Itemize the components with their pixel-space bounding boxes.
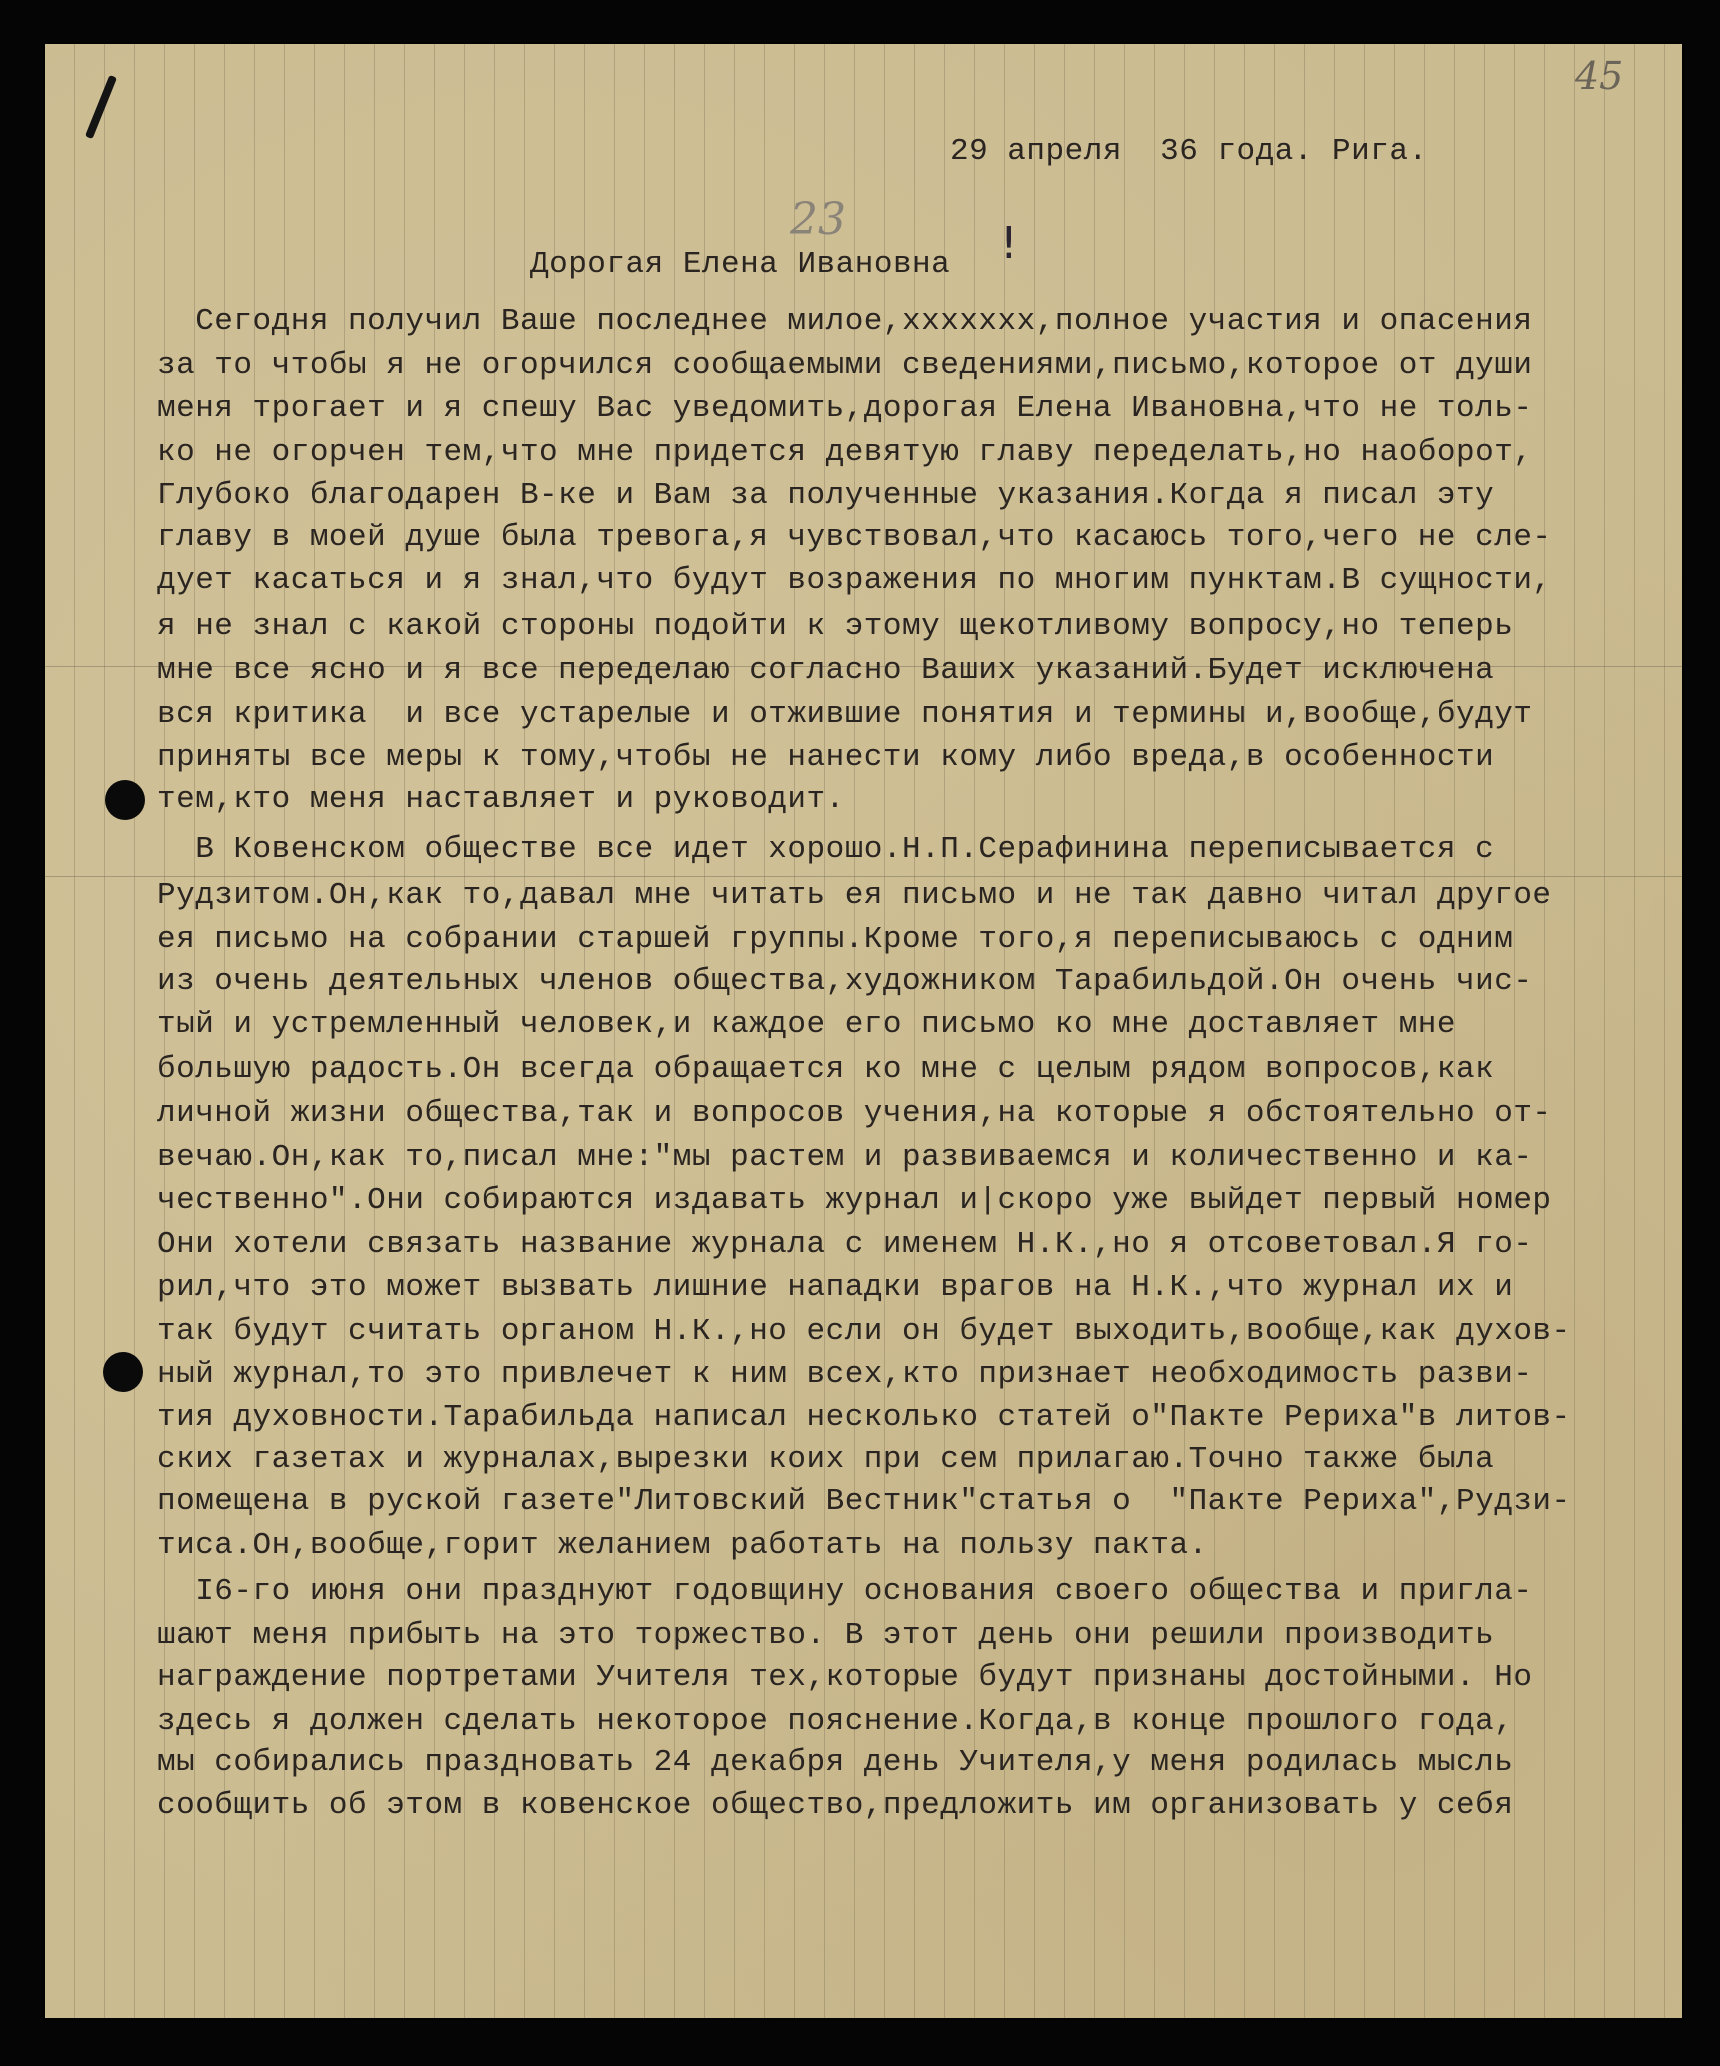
letter-line: рил,что это может вызвать лишние нападки… <box>157 1272 1513 1303</box>
letter-line: ских газетах и журналах,вырезки коих при… <box>157 1444 1494 1475</box>
letter-line: мне все ясно и я все переделаю согласно … <box>157 655 1494 686</box>
letter-line: Глубоко благодарен В-ке и Вам за получен… <box>157 480 1494 511</box>
archive-page-number: 45 <box>1575 54 1623 98</box>
letter-line: вечаю.Он,как то,писал мне:"мы растем и р… <box>157 1142 1532 1173</box>
letter-line: дует касаться и я знал,что будут возраже… <box>157 565 1552 596</box>
letter-line: шают меня прибыть на это торжество. В эт… <box>157 1620 1494 1651</box>
salutation: Дорогая Елена Ивановна <box>530 249 950 280</box>
letter-line: из очень деятельных членов общества,худо… <box>157 966 1532 997</box>
letter-line: Рудзитом.Он,как то,давал мне читать ея п… <box>157 880 1552 911</box>
letter-line: мы собирались праздновать 24 декабря ден… <box>157 1747 1513 1778</box>
letter-line: так будут считать органом Н.К.,но если о… <box>157 1316 1571 1347</box>
letter-line: вся критика и все устарелые и отжившие п… <box>157 699 1532 730</box>
letter-line: большую радость.Он всегда обращается ко … <box>157 1054 1494 1085</box>
letter-line: В Ковенском обществе все идет хорошо.Н.П… <box>157 834 1494 865</box>
punch-hole <box>105 780 145 820</box>
letter-line: помещена в руской газете"Литовский Вестн… <box>157 1486 1571 1517</box>
salutation-exclamation-mark: ! <box>1000 222 1018 266</box>
letter-line: ея письмо на собрании старшей группы.Кро… <box>157 924 1513 955</box>
letter-line: чественно".Они собираются издавать журна… <box>157 1185 1552 1216</box>
letter-line: ный журнал,то это привлечет к ним всех,к… <box>157 1359 1532 1390</box>
letter-line: ко не огорчен тем,что мне придется девят… <box>157 437 1532 468</box>
letter-line: тия духовности.Тарабильда написал нескол… <box>157 1402 1571 1433</box>
letter-line: тый и устремленный человек,и каждое его … <box>157 1009 1456 1040</box>
date-line: 29 апреля 36 года. Рига. <box>950 136 1428 167</box>
letter-line: награждение портретами Учителя тех,котор… <box>157 1662 1532 1693</box>
letter-page: 45 23 29 апреля 36 года. Рига. Дорогая Е… <box>45 44 1682 2018</box>
letter-line: меня трогает и я спешу Вас уведомить,дор… <box>157 393 1532 424</box>
letter-line: Они хотели связать название журнала с им… <box>157 1229 1532 1260</box>
letter-line: за то чтобы я не огорчился сообщаемыми с… <box>157 350 1532 381</box>
corner-pencil-mark <box>85 75 117 139</box>
letter-line: сообщить об этом в ковенское общество,пр… <box>157 1790 1513 1821</box>
letter-line: Сегодня получил Ваше последнее милое,xxx… <box>157 306 1532 337</box>
letter-line: главу в моей душе была тревога,я чувство… <box>157 522 1552 553</box>
punch-hole <box>103 1352 143 1392</box>
letter-line: здесь я должен сделать некоторое пояснен… <box>157 1706 1513 1737</box>
letter-line: приняты все меры к тому,чтобы не нанести… <box>157 742 1494 773</box>
letter-line: я не знал с какой стороны подойти к этом… <box>157 611 1513 642</box>
letter-line: тиса.Он,вообще,горит желанием работать н… <box>157 1530 1208 1561</box>
letter-line: личной жизни общества,так и вопросов уче… <box>157 1098 1552 1129</box>
letter-number: 23 <box>790 194 846 245</box>
ruled-line <box>45 876 1682 877</box>
letter-line: тем,кто меня наставляет и руководит. <box>157 784 845 815</box>
letter-line: I6-го июня они празднуют годовщину основ… <box>157 1576 1532 1607</box>
